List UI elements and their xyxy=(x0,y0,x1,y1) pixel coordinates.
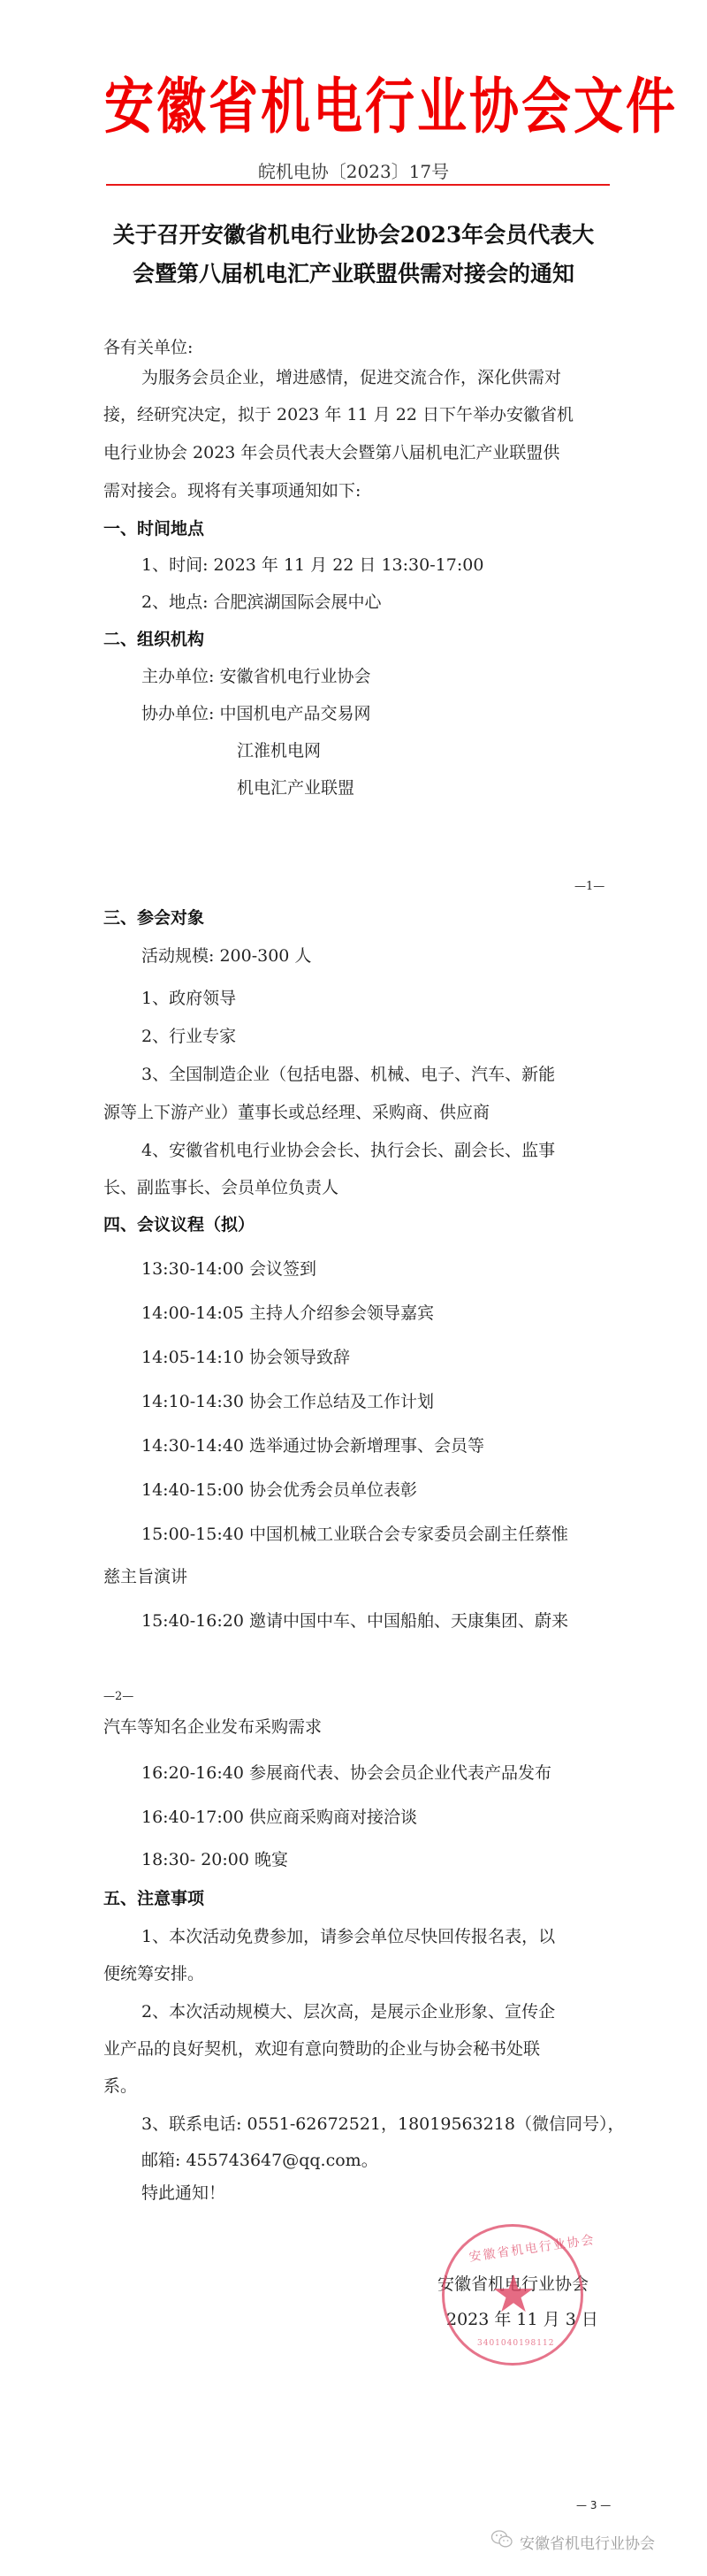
note-line: 1、本次活动免费参加，请参会单位尽快回传报名表，以 xyxy=(141,1923,555,1947)
agenda-row: 15:00-15:40 中国机械工业联合会专家委员会副主任蔡惟 xyxy=(141,1521,568,1545)
participant-item: 2、行业专家 xyxy=(141,1023,236,1047)
section-heading-organization: 二、组织机构 xyxy=(103,626,204,650)
agenda-item: 协会领导致辞 xyxy=(249,1348,350,1367)
host-organizer: 主办单位: 安徽省机电行业协会 xyxy=(141,663,370,687)
agenda-row: 15:40-16:20 邀请中国中车、中国船舶、天康集团、蔚来 xyxy=(141,1608,568,1632)
agenda-item: 晚宴 xyxy=(255,1850,288,1869)
event-scale: 活动规模: 200-300 人 xyxy=(141,943,311,967)
agenda-item: 主持人介绍参会领导嘉宾 xyxy=(249,1303,434,1323)
agenda-time: 16:40-17:00 xyxy=(141,1808,244,1827)
participant-item: 1、政府领导 xyxy=(141,985,236,1009)
agenda-row: 14:05-14:10 协会领导致辞 xyxy=(141,1344,350,1368)
intro-line: 电行业协会 2023 年会员代表大会暨第八届机电汇产业联盟供 xyxy=(103,440,559,463)
agenda-time: 13:30-14:00 xyxy=(141,1259,244,1279)
section-heading-time-place: 一、时间地点 xyxy=(103,516,204,539)
agenda-time: 14:00-14:05 xyxy=(141,1303,244,1323)
intro-line: 接，经研究决定，拟于 2023 年 11 月 22 日下午举办安徽省机 xyxy=(103,401,574,425)
agenda-time: 15:00-15:40 xyxy=(141,1525,244,1544)
agenda-item: 协会优秀会员单位表彰 xyxy=(249,1480,417,1500)
agenda-item: 会议签到 xyxy=(249,1259,316,1279)
note-line: 便统筹安排。 xyxy=(103,1961,204,1984)
agenda-item: 协会工作总结及工作计划 xyxy=(249,1392,434,1411)
agenda-time: 16:20-16:40 xyxy=(141,1763,244,1783)
document-number: 皖机电协〔2023〕17号 xyxy=(0,157,707,183)
header-divider xyxy=(106,184,610,186)
page-number-3: — 3 — xyxy=(576,2499,611,2511)
agenda-item: 中国机械工业联合会专家委员会副主任蔡惟 xyxy=(249,1525,568,1544)
agenda-row: 16:40-17:00 供应商采购商对接洽谈 xyxy=(141,1804,417,1828)
agenda-item: 供应商采购商对接洽谈 xyxy=(249,1808,417,1827)
co-organizer: 协办单位: 中国机电产品交易网 xyxy=(141,700,370,724)
participant-item: 4、安徽省机电行业协会会长、执行会长、副会长、监事 xyxy=(141,1137,555,1161)
closing-remark: 特此通知！ xyxy=(141,2180,225,2204)
salutation: 各有关单位: xyxy=(103,334,193,358)
intro-line: 需对接会。现将有关事项通知如下: xyxy=(103,478,361,501)
participant-item-cont: 长、副监事长、会员单位负责人 xyxy=(103,1174,338,1198)
agenda-row: 13:30-14:00 会议签到 xyxy=(141,1256,316,1280)
agenda-item: 邀请中国中车、中国船舶、天康集团、蔚来 xyxy=(249,1611,568,1631)
agenda-row-cont: 汽车等知名企业发布采购需求 xyxy=(103,1714,322,1738)
contact-email: 邮箱: 455743647@qq.com。 xyxy=(141,2147,378,2171)
place-item: 2、地点: 合肥滨湖国际会展中心 xyxy=(141,589,382,613)
note-line: 2、本次活动规模大、层次高，是展示企业形象、宣传企 xyxy=(141,1999,555,2022)
agenda-item: 参展商代表、协会会员企业代表产品发布 xyxy=(249,1763,551,1783)
note-line: 系。 xyxy=(103,2073,137,2097)
agenda-row: 14:00-14:05 主持人介绍参会领导嘉宾 xyxy=(141,1300,434,1324)
co-organizer-item: 江淮机电网 xyxy=(237,738,321,761)
notice-title-line-1: 关于召开安徽省机电行业协会2023年会员代表大 xyxy=(0,218,707,249)
intro-line: 为服务会员企业，增进感情，促进交流合作，深化供需对 xyxy=(141,364,561,388)
agenda-time: 14:10-14:30 xyxy=(141,1392,244,1411)
agenda-time: 18:30- 20:00 xyxy=(141,1850,249,1869)
agenda-row-cont: 慈主旨演讲 xyxy=(103,1563,187,1587)
agenda-row: 16:20-16:40 参展商代表、协会会员企业代表产品发布 xyxy=(141,1760,551,1784)
watermark-account-name: 安徽省机电行业协会 xyxy=(520,2531,655,2553)
section-heading-agenda: 四、会议议程（拟） xyxy=(103,1212,255,1235)
agenda-row: 14:40-15:00 协会优秀会员单位表彰 xyxy=(141,1477,417,1501)
agenda-row: 14:10-14:30 协会工作总结及工作计划 xyxy=(141,1388,434,1412)
seal-number: 3401040198112 xyxy=(477,2339,554,2348)
page-number-1: —1— xyxy=(574,880,604,893)
co-organizer-item: 机电汇产业联盟 xyxy=(237,775,354,799)
agenda-row: 18:30- 20:00 晚宴 xyxy=(141,1846,288,1870)
note-line: 业产品的良好契机，欢迎有意向赞助的企业与协会秘书处联 xyxy=(103,2036,540,2060)
agenda-row: 14:30-14:40 选举通过协会新增理事、会员等 xyxy=(141,1433,484,1456)
contact-phone: 3、联系电话: 0551-62672521，18019563218（微信同号）， xyxy=(141,2111,624,2135)
agenda-time: 14:40-15:00 xyxy=(141,1480,244,1500)
seal-star-icon: ★ xyxy=(490,2268,536,2320)
agenda-item: 选举通过协会新增理事、会员等 xyxy=(249,1436,484,1456)
section-heading-notes: 五、注意事项 xyxy=(103,1885,204,1909)
notice-title-line-2: 会暨第八届机电汇产业联盟供需对接会的通知 xyxy=(0,256,707,288)
participant-item: 3、全国制造企业（包括电器、机械、电子、汽车、新能 xyxy=(141,1061,555,1085)
agenda-time: 14:05-14:10 xyxy=(141,1348,244,1367)
participant-item-cont: 源等上下游产业）董事长或总经理、采购商、供应商 xyxy=(103,1099,490,1123)
org-document-header: 安徽省机电行业协会文件 xyxy=(104,64,610,150)
section-heading-participants: 三、参会对象 xyxy=(103,905,204,929)
agenda-time: 15:40-16:20 xyxy=(141,1611,244,1631)
agenda-time: 14:30-14:40 xyxy=(141,1436,244,1456)
wechat-icon xyxy=(490,2529,513,2549)
time-item: 1、时间: 2023 年 11 月 22 日 13:30-17:00 xyxy=(141,552,483,576)
page-number-2: —2— xyxy=(103,1690,133,1703)
